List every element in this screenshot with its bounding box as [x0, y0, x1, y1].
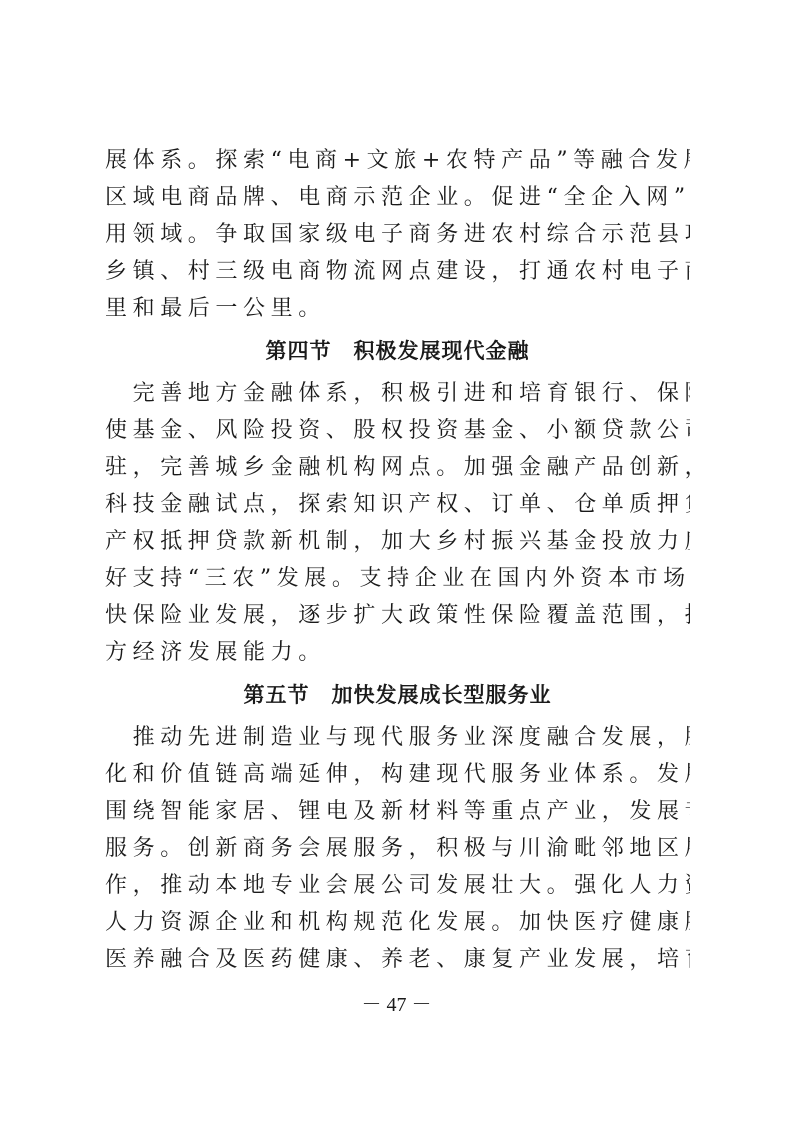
text-line: 推动先进制造业与现代服务业深度融合发展，服务业向专业 [105, 719, 690, 756]
text-line: 方经济发展能力。 [105, 634, 690, 671]
text-line: 快保险业发展，逐步扩大政策性保险覆盖范围，提高金融服务地 [105, 597, 690, 634]
text-line: 用领域。争取国家级电子商务进农村综合示范县项目，完善县、 [105, 216, 690, 253]
text-line: 产权抵押贷款新机制，加大乡村振兴基金投放力度，推动金融更 [105, 523, 690, 560]
text-line: 人力资源企业和机构规范化发展。加快医疗健康服务发展，推动 [105, 904, 690, 941]
continued-paragraph: 展体系。探索“电商+文旅+农特产品”等融合发展新模式，培育 区域电商品牌、电商示… [105, 142, 690, 327]
document-page: 展体系。探索“电商+文旅+农特产品”等融合发展新模式，培育 区域电商品牌、电商示… [105, 142, 690, 978]
section-4: 第四节 积极发展现代金融 完善地方金融体系，积极引进和培育银行、保险、证券、天 … [105, 327, 690, 671]
text-line: 作，推动本地专业会展公司发展壮大。强化人力资源服务，支持 [105, 867, 690, 904]
section-heading: 第四节 积极发展现代金融 [105, 327, 690, 375]
text-line: 科技金融试点，探索知识产权、订单、仓单质押贷款，完善农业 [105, 486, 690, 523]
text-line: 围绕智能家居、锂电及新材料等重点产业，发展专业及综合科技 [105, 793, 690, 830]
section-heading: 第五节 加快发展成长型服务业 [105, 671, 690, 719]
text-line: 使基金、风险投资、股权投资基金、小额贷款公司等金融机构入 [105, 412, 690, 449]
text-line: 驻，完善城乡金融机构网点。加强金融产品创新，开展绿色金融、 [105, 449, 690, 486]
text-line: 乡镇、村三级电商物流网点建设，打通农村电子商务物流前一公 [105, 253, 690, 290]
text-line: 区域电商品牌、电商示范企业。促进“全企入网”，扩展电商应 [105, 179, 690, 216]
section-5: 第五节 加快发展成长型服务业 推动先进制造业与现代服务业深度融合发展，服务业向专… [105, 671, 690, 978]
text-line: 好支持“三农”发展。支持企业在国内外资本市场上市融资。加 [105, 560, 690, 597]
text-line: 服务。创新商务会展服务，积极与川渝毗邻地区展览公司开展合 [105, 830, 690, 867]
page-number: － 47 － [0, 992, 793, 1018]
section-paragraph: 推动先进制造业与现代服务业深度融合发展，服务业向专业 化和价值链高端延伸，构建现… [105, 719, 690, 978]
text-line: 医养融合及医药健康、养老、康复产业发展，培育智慧医疗等新 [105, 941, 690, 978]
text-line: 里和最后一公里。 [105, 290, 690, 327]
text-line: 展体系。探索“电商+文旅+农特产品”等融合发展新模式，培育 [105, 142, 690, 179]
text-line: 化和价值链高端延伸，构建现代服务业体系。发展科技信息服务， [105, 756, 690, 793]
section-paragraph: 完善地方金融体系，积极引进和培育银行、保险、证券、天 使基金、风险投资、股权投资… [105, 375, 690, 671]
text-line: 完善地方金融体系，积极引进和培育银行、保险、证券、天 [105, 375, 690, 412]
